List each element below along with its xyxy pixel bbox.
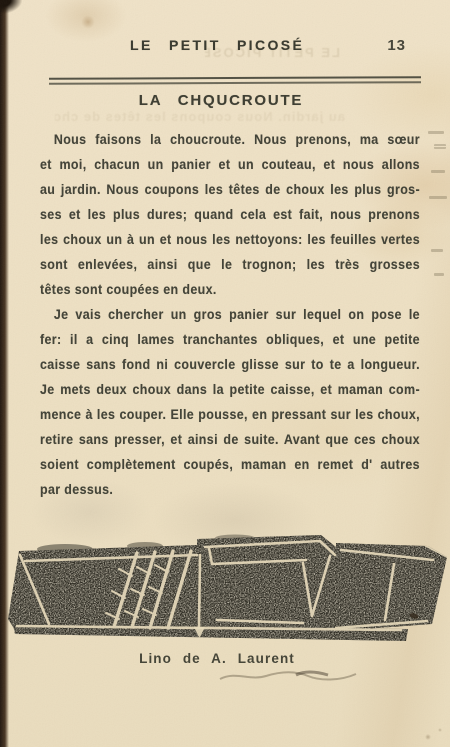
- text-line: par dessus.: [40, 477, 420, 502]
- scanned-page: LE PETIT PICOSÉ au jardin. Nous coupons …: [0, 0, 450, 747]
- text-line: ses et les plus dures; quand cela est fa…: [40, 202, 420, 227]
- page-number: 13: [387, 37, 406, 54]
- text-line: Nous faisons la choucroute. Nous prenons…: [40, 127, 420, 152]
- corner-stain: [0, 0, 22, 14]
- text-line: Je mets deux choux dans la petite caisse…: [40, 377, 420, 402]
- text-line: au jardin. Nous coupons les têtes de cho…: [40, 177, 420, 202]
- pencil-smudge: [218, 666, 358, 686]
- text-line: Je vais chercher un gros panier sur lequ…: [40, 302, 420, 327]
- text-line: soient complètement coupés, maman en rem…: [40, 452, 420, 477]
- illustration-caption: Lino de A. Laurent: [0, 651, 434, 666]
- text-line: mence à les couper. Elle pousse, en pres…: [40, 402, 420, 427]
- article-body: Nous faisons la choucroute. Nous prenons…: [40, 127, 420, 502]
- text-line: fer: il a cinq lames tranchantes oblique…: [40, 327, 420, 352]
- article-title: LA CHQUCROUTE: [0, 92, 442, 109]
- text-line: sont enlevées, ainsi que le trognon; les…: [40, 252, 420, 277]
- showthrough-dash: [429, 196, 447, 199]
- showthrough-dash: [434, 144, 446, 149]
- text-line: caisse sans fond ni couvercle glisse sur…: [40, 352, 420, 377]
- showthrough-dash: [431, 249, 443, 252]
- text-line: têtes sont coupées en deux.: [40, 277, 420, 302]
- text-line: les choux un à un et nous les nettoyons:…: [40, 227, 420, 252]
- showthrough-dash: [431, 170, 445, 173]
- text-line: retire sans presser, et ainsi de suite. …: [40, 427, 420, 452]
- showthrough-dash: [428, 131, 444, 134]
- journal-title: LE PETIT PICOSÉ: [130, 37, 304, 53]
- header-rule: [49, 76, 421, 85]
- text-line: et moi, chacun un panier et un couteau, …: [40, 152, 420, 177]
- showthrough-text-ghost: au jardin. Nous coupons les têtes de cho…: [55, 109, 345, 124]
- showthrough-dash: [434, 273, 444, 276]
- linocut-illustration: [3, 531, 447, 649]
- linocut-cabbage-slicer-image: [3, 531, 447, 649]
